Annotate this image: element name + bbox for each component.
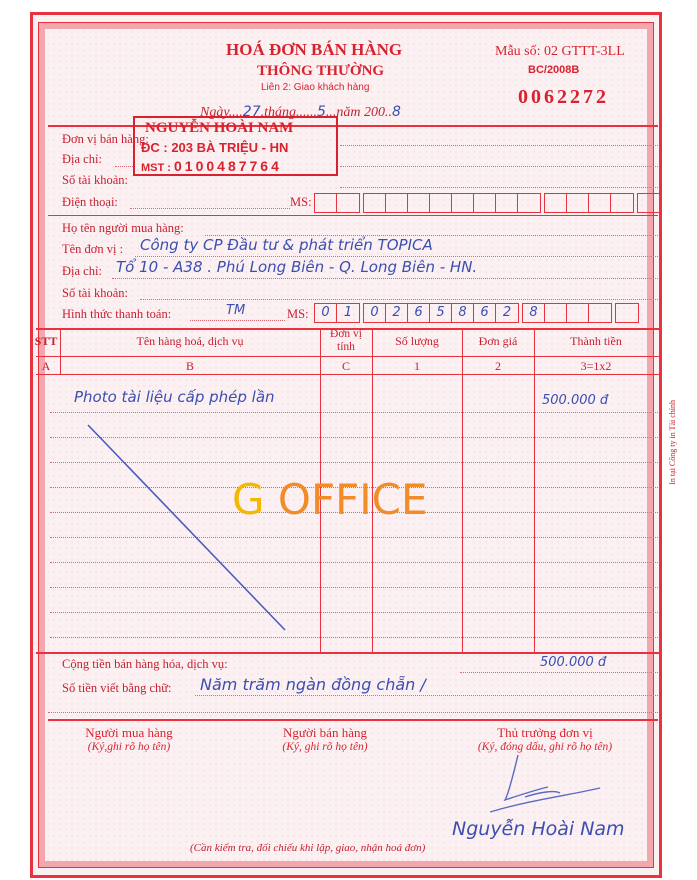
footer-note: (Cần kiểm tra, đối chiếu khi lập, giao, …: [190, 842, 425, 854]
director-name: Nguyễn Hoài Nam: [452, 818, 625, 840]
handwritten-signature: [0, 0, 697, 880]
side-print: In tại Công ty in Tài chính: [668, 400, 677, 485]
